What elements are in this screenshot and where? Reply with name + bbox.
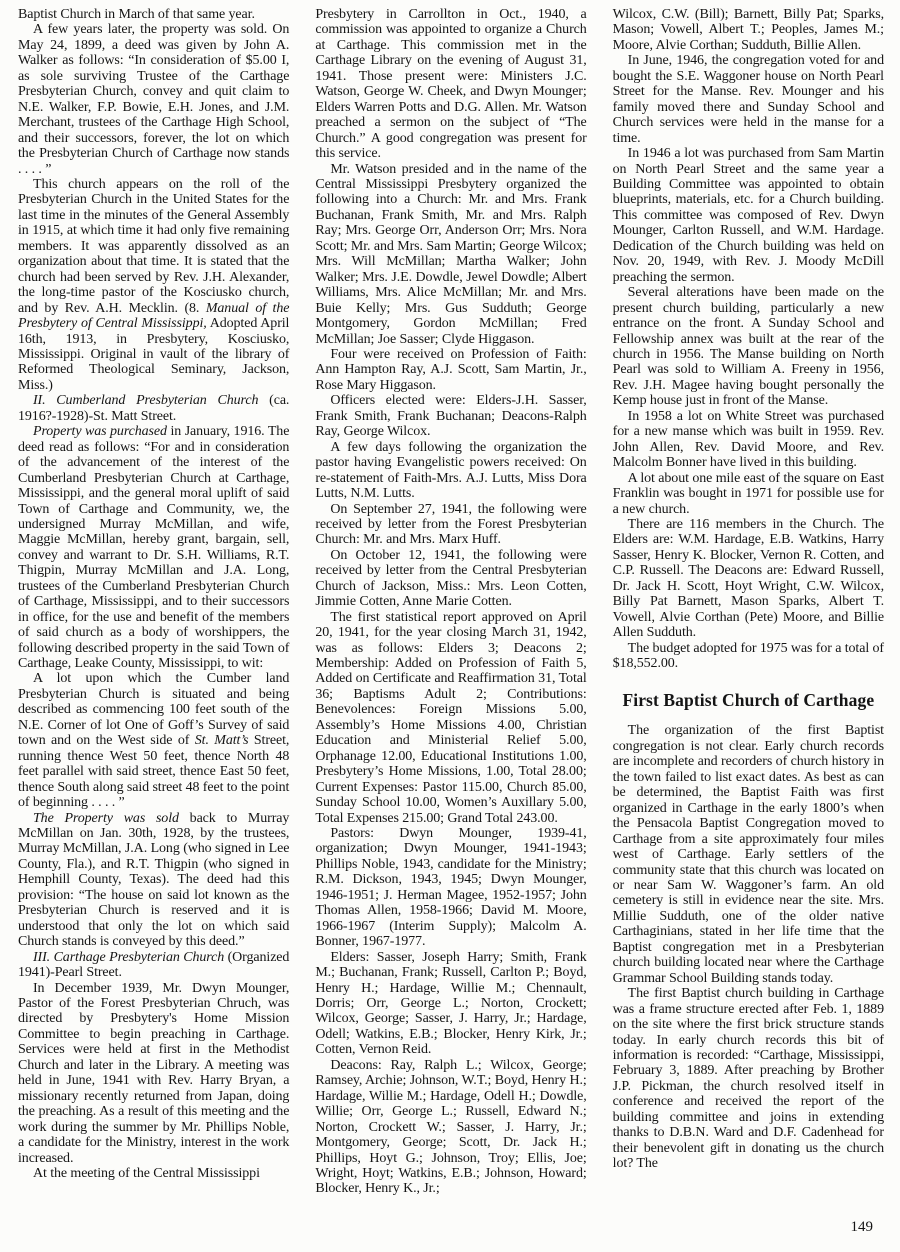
paragraph: Four were received on Profession of Fait… (315, 347, 586, 393)
document-page: Baptist Church in March of that same yea… (0, 0, 900, 1252)
paragraph: Deacons: Ray, Ralph L.; Wilcox, George; … (315, 1058, 586, 1197)
text-run: Deacons: Ray, Ralph L.; Wilcox, George; … (315, 1058, 586, 1197)
paragraph: The Property was sold back to Murray McM… (18, 811, 289, 950)
text-run: The organization of the first Baptist co… (613, 723, 884, 985)
text-run: On October 12, 1941, the following were … (315, 548, 586, 609)
text-run: This church appears on the roll of the P… (18, 177, 289, 316)
text-run: On September 27, 1941, the following wer… (315, 502, 586, 548)
paragraph: III. Carthage Presbyterian Church (Organ… (18, 950, 289, 981)
text-run: In June, 1946, the congregation voted fo… (613, 53, 884, 145)
paragraph: In June, 1946, the congregation voted fo… (613, 53, 884, 146)
text-run: Pastors: Dwyn Mounger, 1939-41, organiza… (315, 826, 586, 949)
text-run: The first statistical report approved on… (315, 610, 586, 826)
paragraph: In December 1939, Mr. Dwyn Mounger, Past… (18, 981, 289, 1166)
text-run: A lot about one mile east of the square … (613, 471, 884, 517)
text-run: The budget adopted for 1975 was for a to… (613, 641, 884, 671)
text-run: Elders: Sasser, Joseph Harry; Smith, Fra… (315, 950, 586, 1058)
text-column-3: Wilcox, C.W. (Bill); Barnett, Billy Pat;… (613, 7, 884, 1197)
text-run: First Baptist Church of Carthage (622, 690, 874, 710)
text-run: back to Murray McMillan on Jan. 30th, 19… (18, 811, 289, 950)
paragraph: Officers elected were: Elders-J.H. Sasse… (315, 393, 586, 439)
paragraph: Property was purchased in January, 1916.… (18, 424, 289, 671)
paragraph: On September 27, 1941, the following wer… (315, 502, 586, 548)
italic-text: St. Matt’s (195, 733, 249, 748)
text-run: Mr. Watson presided and in the name of t… (315, 162, 586, 347)
paragraph: The organization of the first Baptist co… (613, 723, 884, 986)
text-run: In December 1939, Mr. Dwyn Mounger, Past… (18, 981, 289, 1166)
paragraph: Elders: Sasser, Joseph Harry; Smith, Fra… (315, 950, 586, 1058)
italic-text: III. Carthage Presbyterian Church (33, 950, 224, 965)
text-run: There are 116 members in the Church. The… (613, 517, 884, 640)
text-column-1: Baptist Church in March of that same yea… (18, 7, 289, 1197)
paragraph: Presbytery in Carrollton in Oct., 1940, … (315, 7, 586, 162)
paragraph: II. Cumberland Presbyterian Church (ca. … (18, 393, 289, 424)
text-run: in January, 1916. The deed read as follo… (18, 424, 289, 671)
text-run: Four were received on Profession of Fait… (315, 347, 586, 393)
text-run: Presbytery in Carrollton in Oct., 1940, … (315, 7, 586, 161)
text-run: A few years later, the property was sold… (18, 22, 289, 176)
paragraph: In 1946 a lot was purchased from Sam Mar… (613, 146, 884, 285)
paragraph: A lot about one mile east of the square … (613, 471, 884, 517)
paragraph: A few days following the organization th… (315, 440, 586, 502)
text-columns: Baptist Church in March of that same yea… (0, 0, 900, 1197)
paragraph: This church appears on the roll of the P… (18, 177, 289, 393)
italic-text: Property was purchased (33, 424, 167, 439)
paragraph: Baptist Church in March of that same yea… (18, 7, 289, 22)
paragraph: Pastors: Dwyn Mounger, 1939-41, organiza… (315, 826, 586, 950)
paragraph: The first Baptist church building in Car… (613, 986, 884, 1171)
section-heading: First Baptist Church of Carthage (613, 690, 884, 710)
paragraph: There are 116 members in the Church. The… (613, 517, 884, 641)
text-run: A few days following the organization th… (315, 440, 586, 501)
page-number: 149 (851, 1219, 874, 1235)
paragraph: At the meeting of the Central Mississipp… (18, 1166, 289, 1181)
paragraph: On October 12, 1941, the following were … (315, 548, 586, 610)
text-run: Several alterations have been made on th… (613, 285, 884, 408)
paragraph: The budget adopted for 1975 was for a to… (613, 641, 884, 672)
text-run: The first Baptist church building in Car… (613, 986, 884, 1171)
text-run: Baptist Church in March of that same yea… (18, 7, 255, 22)
text-column-2: Presbytery in Carrollton in Oct., 1940, … (315, 7, 586, 1197)
italic-text: II. Cumberland Presbyterian Church (33, 393, 258, 408)
paragraph: A lot upon which the Cumber land Presbyt… (18, 671, 289, 810)
text-run: In 1946 a lot was purchased from Sam Mar… (613, 146, 884, 285)
paragraph: Several alterations have been made on th… (613, 285, 884, 409)
paragraph: In 1958 a lot on White Street was purcha… (613, 409, 884, 471)
text-run: At the meeting of the Central Mississipp… (33, 1166, 260, 1181)
text-run: In 1958 a lot on White Street was purcha… (613, 409, 884, 470)
paragraph: Wilcox, C.W. (Bill); Barnett, Billy Pat;… (613, 7, 884, 53)
paragraph: Mr. Watson presided and in the name of t… (315, 162, 586, 347)
paragraph: The first statistical report approved on… (315, 610, 586, 826)
paragraph: A few years later, the property was sold… (18, 22, 289, 177)
text-run: Officers elected were: Elders-J.H. Sasse… (315, 393, 586, 439)
italic-text: The Property was sold (33, 811, 179, 826)
text-run: Wilcox, C.W. (Bill); Barnett, Billy Pat;… (613, 7, 884, 53)
